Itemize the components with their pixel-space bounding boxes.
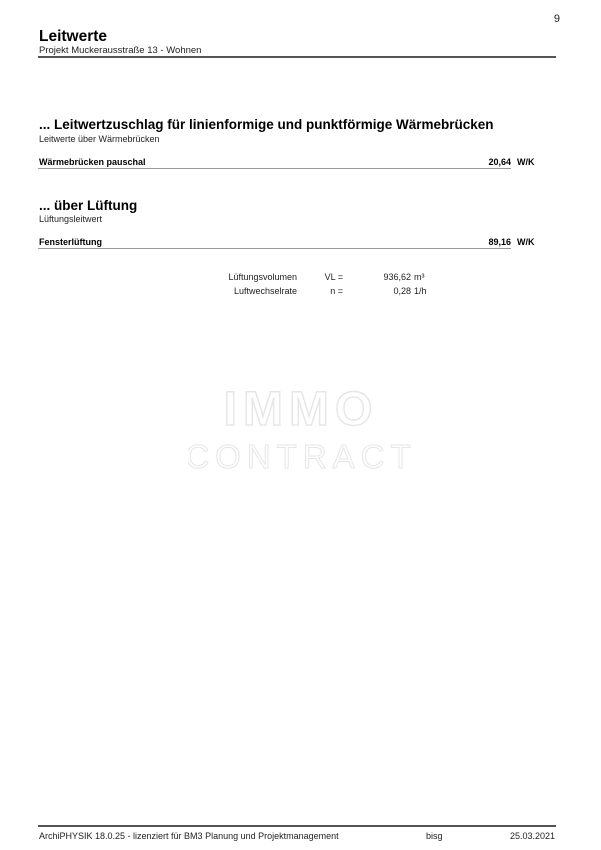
- row-value-thermal-bridges-flat: 20,64: [451, 157, 511, 167]
- footer-user: bisg: [426, 831, 443, 841]
- ventilation-volume-symbol: VL =: [293, 272, 343, 282]
- ventilation-volume-value: 936,62: [351, 272, 411, 282]
- ventilation-volume-label: Lüftungsvolumen: [147, 272, 297, 282]
- footer-date: 25.03.2021: [480, 831, 555, 841]
- page-number: 9: [540, 13, 560, 25]
- watermark-logo: IMMO CONTRACT: [188, 380, 414, 475]
- row-divider: [38, 168, 511, 169]
- air-change-rate-label: Luftwechselrate: [147, 286, 297, 296]
- header-divider: [38, 56, 556, 58]
- row-label-thermal-bridges-flat: Wärmebrücken pauschal: [39, 157, 146, 167]
- row-value-window-ventilation: 89,16: [451, 237, 511, 247]
- air-change-rate-value: 0,28: [351, 286, 411, 296]
- air-change-rate-unit: 1/h: [414, 286, 427, 296]
- ventilation-volume-unit: m³: [414, 272, 425, 282]
- watermark-line1: IMMO: [224, 383, 379, 436]
- footer-divider: [38, 825, 556, 827]
- air-change-rate-symbol: n =: [293, 286, 343, 296]
- section-title-thermal-bridges: ... Leitwertzuschlag für linienformige u…: [39, 117, 494, 132]
- row-divider: [38, 248, 511, 249]
- watermark-line2: CONTRACT: [188, 438, 414, 475]
- section-subtitle-thermal-bridges: Leitwerte über Wärmebrücken: [39, 134, 160, 144]
- row-label-window-ventilation: Fensterlüftung: [39, 237, 102, 247]
- footer-software-license: ArchiPHYSIK 18.0.25 - lizenziert für BM3…: [39, 831, 339, 841]
- page-title: Leitwerte: [39, 28, 107, 46]
- section-title-ventilation: ... über Lüftung: [39, 198, 137, 213]
- project-subtitle: Projekt Muckerausstraße 13 - Wohnen: [39, 45, 201, 56]
- row-unit-window-ventilation: W/K: [517, 237, 535, 247]
- section-subtitle-ventilation: Lüftungsleitwert: [39, 214, 102, 224]
- row-unit-thermal-bridges-flat: W/K: [517, 157, 535, 167]
